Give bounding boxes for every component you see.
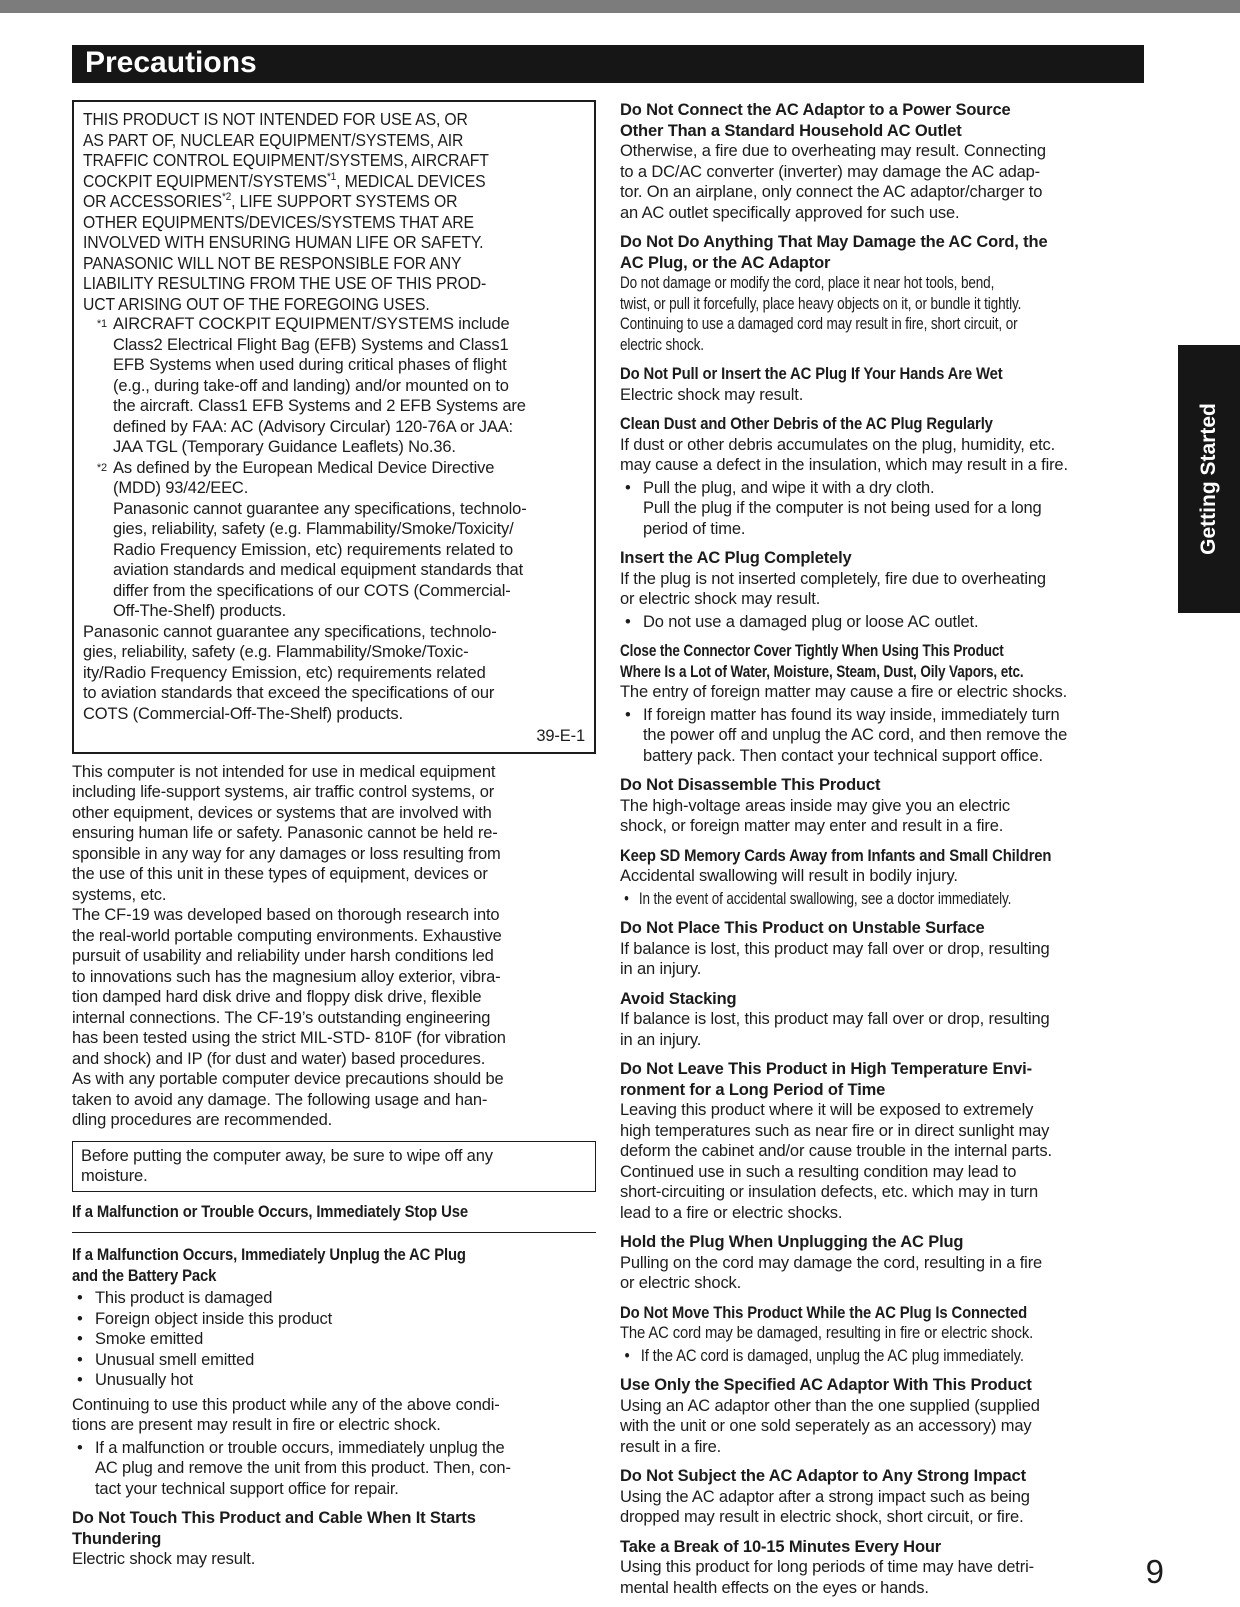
section-body: Otherwise, a fire due to overheating may… xyxy=(620,141,1144,223)
section-sd-cards: Keep SD Memory Cards Away from Infants a… xyxy=(620,846,1144,910)
section-heading: Do Not Pull or Insert the AC Plug If You… xyxy=(620,364,1143,385)
section-body: Do not damage or modify the cord, place … xyxy=(620,273,1144,355)
list-item: If a malfunction or trouble occurs, imme… xyxy=(72,1438,596,1500)
section-high-temperature: Do Not Leave This Product in High Temper… xyxy=(620,1059,1144,1223)
section-body: If the plug is not inserted completely, … xyxy=(620,569,1144,610)
section-ac-power-source: Do Not Connect the AC Adaptor to a Power… xyxy=(620,100,1144,223)
section-body: If balance is lost, this product may fal… xyxy=(620,1009,1144,1050)
footnote-1-text: AIRCRAFT COCKPIT EQUIPMENT/SYSTEMS inclu… xyxy=(113,314,585,458)
malfunction-symptoms-list: This product is damaged Foreign object i… xyxy=(72,1288,596,1391)
section-heading: Do Not Subject the AC Adaptor to Any Str… xyxy=(620,1466,1144,1487)
section-heading: Use Only the Specified AC Adaptor With T… xyxy=(620,1375,1144,1396)
content-columns: THIS PRODUCT IS NOT INTENDED FOR USE AS,… xyxy=(72,100,1144,1607)
list-item: Smoke emitted xyxy=(72,1329,596,1350)
thunder-section: Do Not Touch This Product and Cable When… xyxy=(72,1508,596,1570)
list-item: If foreign matter has found its way insi… xyxy=(620,705,1144,767)
section-heading: Do Not Leave This Product in High Temper… xyxy=(620,1059,1144,1100)
section-strong-impact: Do Not Subject the AC Adaptor to Any Str… xyxy=(620,1466,1144,1528)
list-item: Unusual smell emitted xyxy=(72,1350,596,1371)
malfunction-action-list: If a malfunction or trouble occurs, imme… xyxy=(72,1438,596,1500)
section-move-product: Do Not Move This Product While the AC Pl… xyxy=(620,1303,1144,1367)
liability-notice-box: THIS PRODUCT IS NOT INTENDED FOR USE AS,… xyxy=(72,100,596,754)
section-body: The high-voltage areas inside may give y… xyxy=(620,796,1144,837)
list-item: Pull the plug, and wipe it with a dry cl… xyxy=(620,478,1144,540)
section-heading: Do Not Do Anything That May Damage the A… xyxy=(620,232,1144,273)
footnote-2-text: As defined by the European Medical Devic… xyxy=(113,458,585,622)
footnote-1-marker: *1 xyxy=(83,314,113,458)
section-wet-hands: Do Not Pull or Insert the AC Plug If You… xyxy=(620,364,1144,405)
section-heading: Clean Dust and Other Debris of the AC Pl… xyxy=(620,414,1143,435)
section-body: Accidental swallowing will result in bod… xyxy=(620,866,1144,887)
section-heading: Do Not Place This Product on Unstable Su… xyxy=(620,918,1144,939)
section-damage-cord: Do Not Do Anything That May Damage the A… xyxy=(620,232,1144,355)
section-unstable-surface: Do Not Place This Product on Unstable Su… xyxy=(620,918,1144,980)
section-divider xyxy=(72,1232,596,1233)
section-clean-dust: Clean Dust and Other Debris of the AC Pl… xyxy=(620,414,1144,539)
section-bullets: Pull the plug, and wipe it with a dry cl… xyxy=(620,478,1144,540)
section-body: If balance is lost, this product may fal… xyxy=(620,939,1144,980)
section-take-break: Take a Break of 10-15 Minutes Every Hour… xyxy=(620,1537,1144,1599)
section-bullets: Do not use a damaged plug or loose AC ou… xyxy=(620,612,1144,633)
footnote-1: *1 AIRCRAFT COCKPIT EQUIPMENT/SYSTEMS in… xyxy=(83,314,585,458)
section-body: If dust or other debris accumulates on t… xyxy=(620,435,1144,476)
footnote-ref-2: *2 xyxy=(222,191,231,203)
page-title: Precautions xyxy=(72,46,257,82)
section-body: Using this product for long periods of t… xyxy=(620,1557,1144,1598)
section-body: Pulling on the cord may damage the cord,… xyxy=(620,1253,1144,1294)
right-column: Do Not Connect the AC Adaptor to a Power… xyxy=(620,100,1144,1607)
list-item: This product is damaged xyxy=(72,1288,596,1309)
section-heading: Do Not Connect the AC Adaptor to a Power… xyxy=(620,100,1144,141)
footnote-2-marker: *2 xyxy=(83,458,113,622)
section-hold-plug: Hold the Plug When Unplugging the AC Plu… xyxy=(620,1232,1144,1294)
page-number: 9 xyxy=(1146,1553,1164,1591)
section-heading: Keep SD Memory Cards Away from Infants a… xyxy=(620,846,1143,867)
malfunction-heading: If a Malfunction Occurs, Immediately Unp… xyxy=(72,1245,595,1286)
section-heading: Take a Break of 10-15 Minutes Every Hour xyxy=(620,1537,1144,1558)
section-heading: Do Not Move This Product While the AC Pl… xyxy=(620,1303,1143,1324)
manual-page: Precautions THIS PRODUCT IS NOT INTENDED… xyxy=(0,0,1240,1607)
malfunction-body: Continuing to use this product while any… xyxy=(72,1395,596,1436)
footnote-ref-1: *1 xyxy=(327,171,336,183)
notice-code: 39-E-1 xyxy=(83,726,585,747)
section-specified-adaptor: Use Only the Specified AC Adaptor With T… xyxy=(620,1375,1144,1457)
stop-use-heading: If a Malfunction or Trouble Occurs, Imme… xyxy=(72,1202,595,1223)
list-item: Do not use a damaged plug or loose AC ou… xyxy=(620,612,1144,633)
section-heading: Do Not Disassemble This Product xyxy=(620,775,1144,796)
section-body: Using the AC adaptor after a strong impa… xyxy=(620,1487,1144,1528)
section-heading: Insert the AC Plug Completely xyxy=(620,548,1144,569)
section-avoid-stacking: Avoid Stacking If balance is lost, this … xyxy=(620,989,1144,1051)
list-item: Foreign object inside this product xyxy=(72,1309,596,1330)
getting-started-tab-label: Getting Started xyxy=(1197,403,1221,555)
section-heading: Close the Connector Cover Tightly When U… xyxy=(620,641,1144,682)
section-connector-cover: Close the Connector Cover Tightly When U… xyxy=(620,641,1144,766)
notice-tail-text: Panasonic cannot guarantee any specifica… xyxy=(83,622,585,725)
section-bullets: In the event of accidental swallowing, s… xyxy=(620,889,1144,910)
section-disassemble: Do Not Disassemble This Product The high… xyxy=(620,775,1144,837)
section-insert-plug: Insert the AC Plug Completely If the plu… xyxy=(620,548,1144,632)
section-heading: Hold the Plug When Unplugging the AC Plu… xyxy=(620,1232,1144,1253)
section-bullets: If foreign matter has found its way insi… xyxy=(620,705,1144,767)
list-item: In the event of accidental swallowing, s… xyxy=(620,889,1144,910)
section-body: Using an AC adaptor other than the one s… xyxy=(620,1396,1144,1458)
section-heading: Avoid Stacking xyxy=(620,989,1144,1010)
getting-started-tab: Getting Started xyxy=(1178,345,1240,613)
section-body: Electric shock may result. xyxy=(620,385,1144,406)
top-gray-bar xyxy=(0,0,1240,13)
moisture-tip-box: Before putting the computer away, be sur… xyxy=(72,1141,596,1192)
intro-paragraph: This computer is not intended for use in… xyxy=(72,762,596,1131)
liability-notice-text: THIS PRODUCT IS NOT INTENDED FOR USE AS,… xyxy=(83,109,584,314)
page-title-bar: Precautions xyxy=(72,45,1144,83)
list-item: Unusually hot xyxy=(72,1370,596,1391)
section-body: The entry of foreign matter may cause a … xyxy=(620,682,1144,703)
left-column: THIS PRODUCT IS NOT INTENDED FOR USE AS,… xyxy=(72,100,596,1607)
moisture-tip-text: Before putting the computer away, be sur… xyxy=(81,1146,587,1187)
thunder-heading: Do Not Touch This Product and Cable When… xyxy=(72,1508,596,1549)
malfunction-section: If a Malfunction Occurs, Immediately Unp… xyxy=(72,1245,596,1499)
section-body: Leaving this product where it will be ex… xyxy=(620,1100,1144,1223)
thunder-body: Electric shock may result. xyxy=(72,1549,596,1570)
section-bullets: If the AC cord is damaged, unplug the AC… xyxy=(620,1346,1143,1367)
footnote-2: *2 As defined by the European Medical De… xyxy=(83,458,585,622)
list-item: If the AC cord is damaged, unplug the AC… xyxy=(620,1346,1143,1367)
section-body: The AC cord may be damaged, resulting in… xyxy=(620,1323,1143,1344)
